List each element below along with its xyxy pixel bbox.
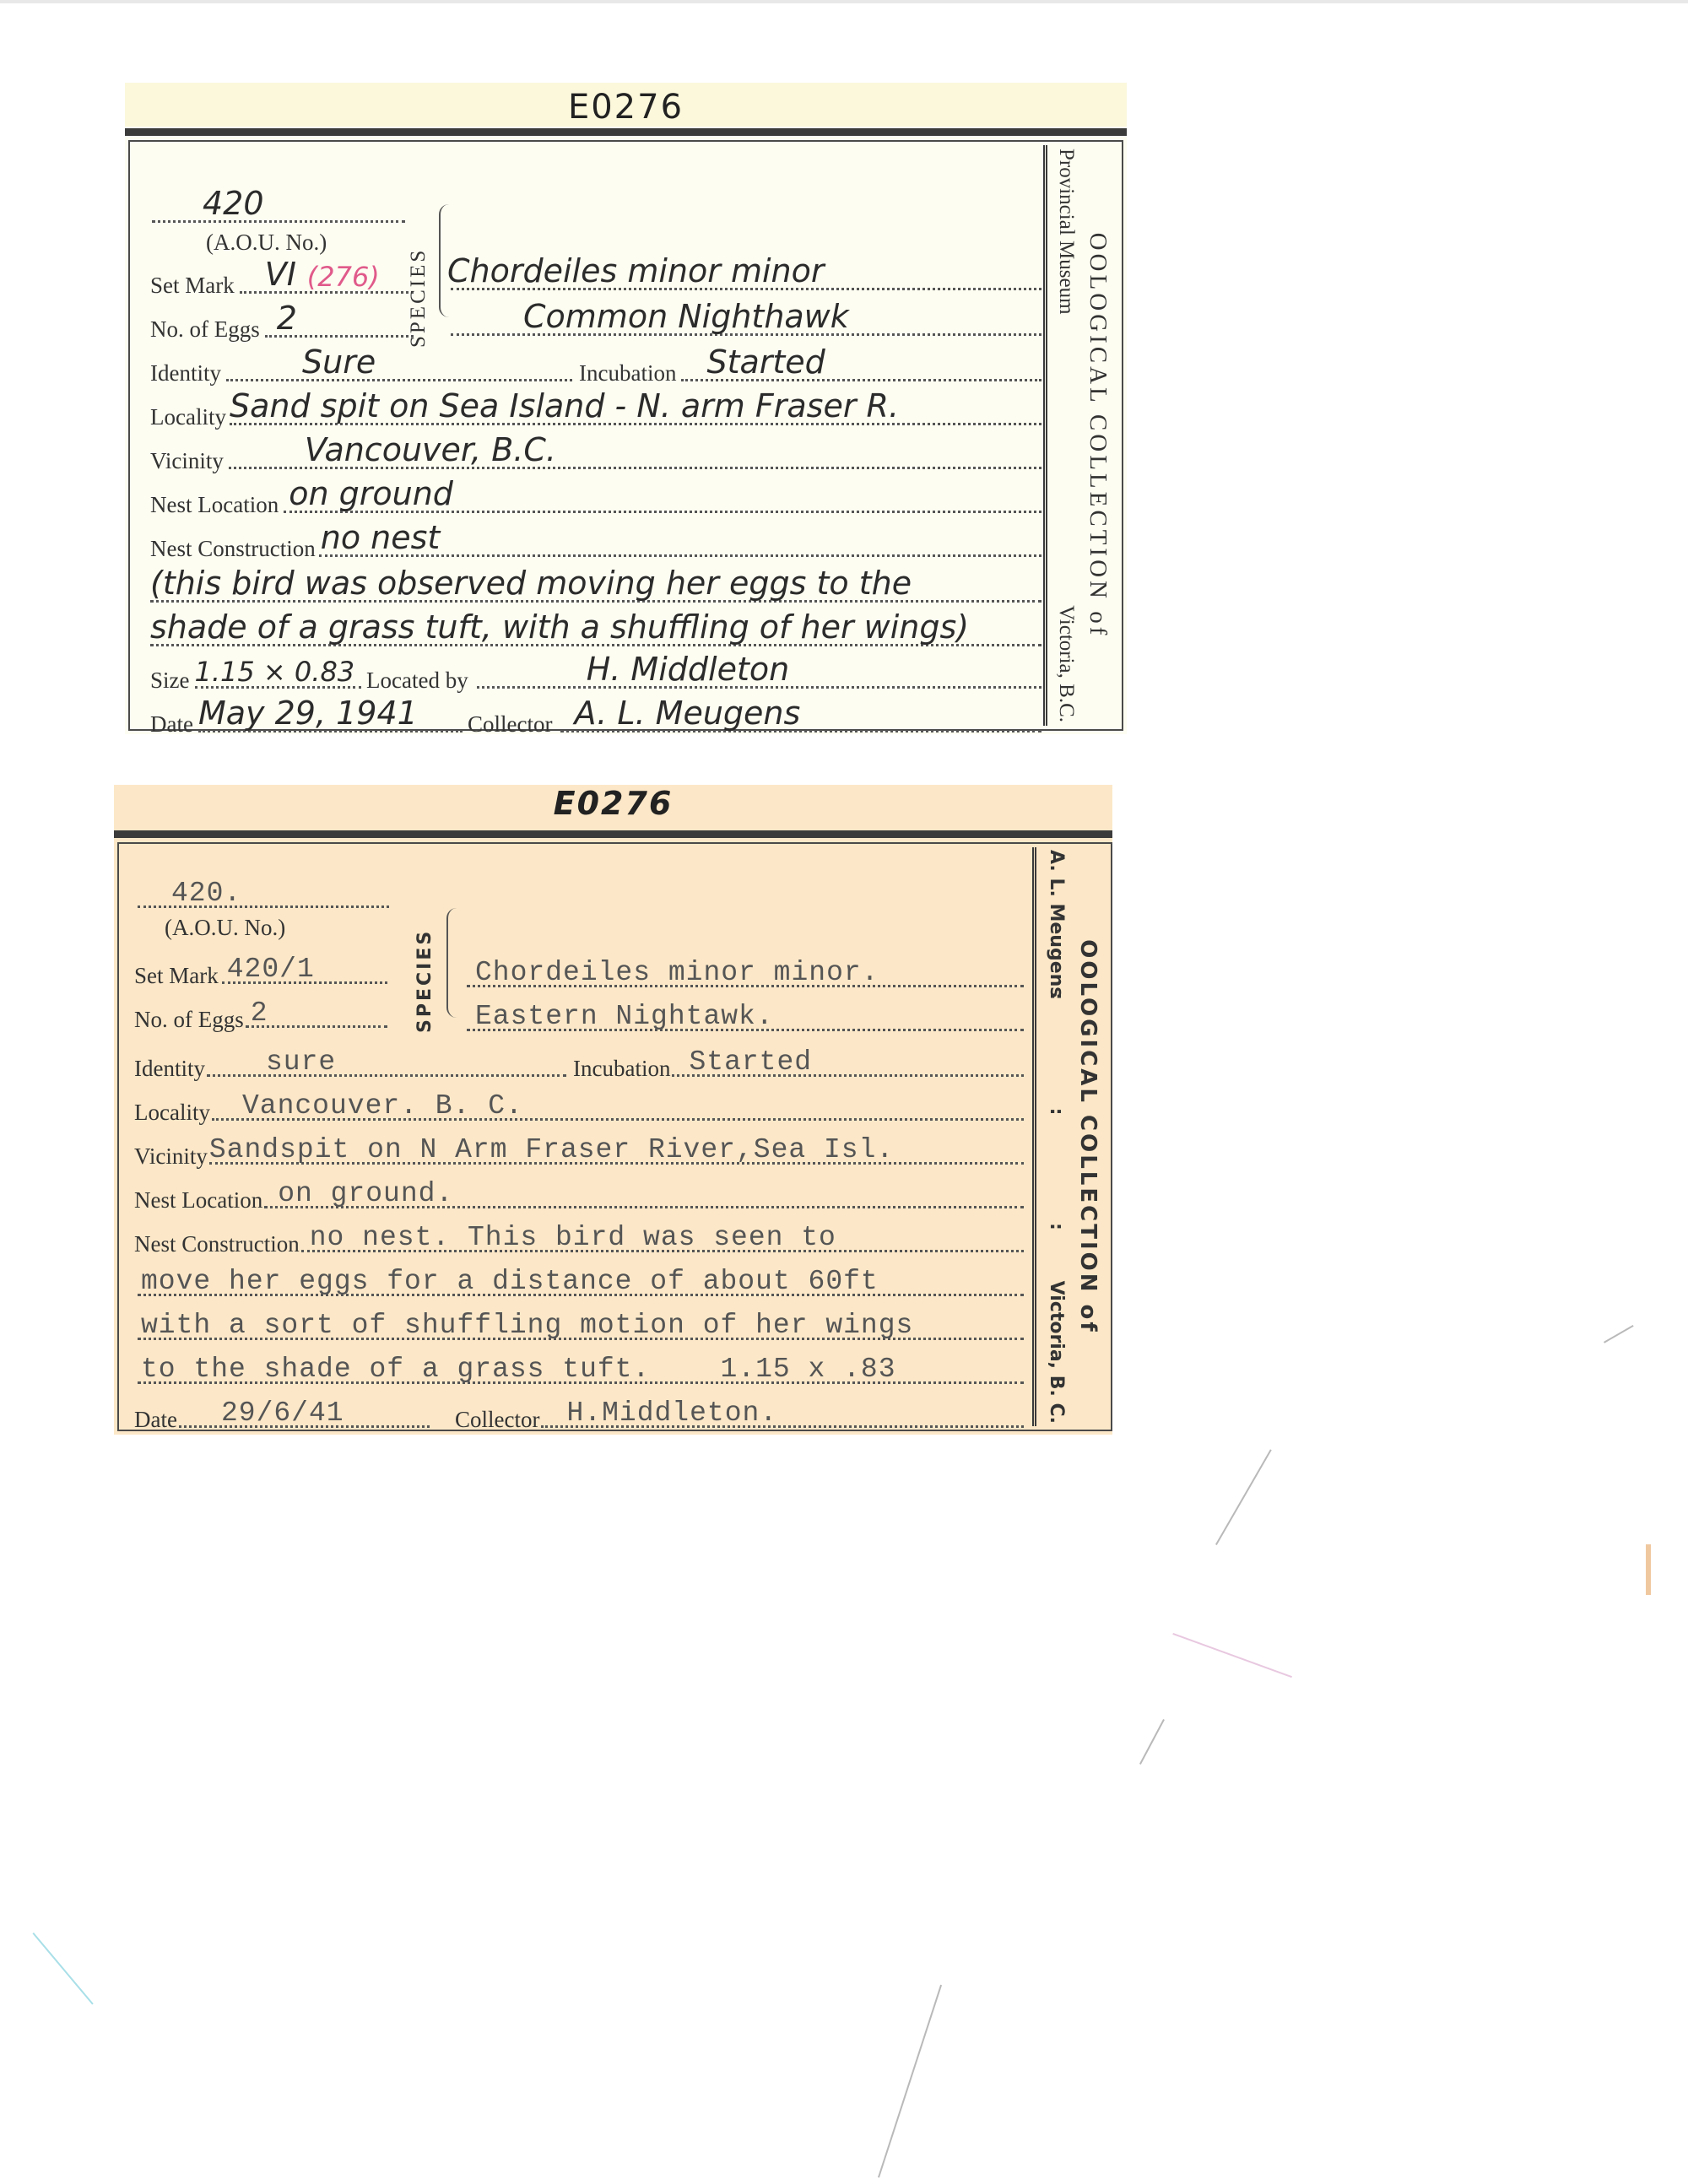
- nest-construction-field: Nest Construction no nest. This bird was…: [134, 1219, 1024, 1256]
- identity-label: Identity: [134, 1057, 205, 1080]
- species-brace: [446, 908, 457, 1018]
- card-frame: 420 (A.O.U. No.) Set Mark VI (276) No. o…: [128, 140, 1123, 731]
- identity-field: Identity Sure: [150, 348, 572, 385]
- nest-location-field: Nest Location on ground.: [134, 1175, 1024, 1212]
- scan-mark: [878, 1985, 942, 2178]
- aou-field: 420.: [138, 878, 389, 911]
- remarks-text-2: with a sort of shuffling motion of her w…: [141, 1310, 913, 1341]
- scan-mark: [1139, 1719, 1165, 1765]
- located-by-value: H. Middleton: [587, 651, 790, 688]
- collector-field: Collector H.Middleton.: [455, 1394, 1024, 1431]
- date-label: Date: [150, 713, 193, 736]
- date-value: May 29, 1941: [198, 695, 418, 732]
- eggs-field: No. of Eggs 2: [134, 994, 387, 1031]
- size-label: Size: [150, 669, 190, 692]
- aou-label: (A.O.U. No.): [206, 230, 327, 256]
- remarks-text-1: (this bird was observed moving her eggs …: [150, 565, 912, 602]
- nest-construction-field: Nest Construction no nest: [150, 523, 1041, 560]
- institution-location: Victoria, B.C.: [1054, 605, 1078, 722]
- set-mark-annotation: (276): [307, 261, 380, 293]
- collection-side-panel: OOLOGICAL COLLECTION of A. L. Meugens : …: [1032, 847, 1111, 1426]
- aou-value: 420.: [171, 878, 241, 909]
- species-common: Eastern Nightawk.: [475, 1001, 774, 1032]
- institution-name: Provincial Museum: [1054, 149, 1078, 315]
- card-frame: 420. (A.O.U. No.) Set Mark 420/1 No. of …: [117, 842, 1112, 1431]
- vicinity-field: Vicinity Sandspit on N Arm Fraser River,…: [134, 1131, 1024, 1168]
- incubation-label: Incubation: [573, 1057, 670, 1080]
- eggs-value: 2: [251, 997, 268, 1029]
- species-common-field: Eastern Nightawk.: [467, 994, 1024, 1035]
- species-label: SPECIES: [414, 929, 436, 1033]
- collection-side-panel: OOLOGICAL COLLECTION of Provincial Museu…: [1043, 145, 1122, 726]
- date-field: Date May 29, 1941: [150, 697, 463, 736]
- nest-construction-value: no nest: [321, 519, 441, 556]
- specimen-card-typed: E0276 420. (A.O.U. No.) Set Mark 420/1 N…: [114, 785, 1112, 1435]
- accession-number: E0276: [125, 88, 1127, 127]
- locality-value: Sand spit on Sea Island - N. arm Fraser …: [230, 387, 899, 424]
- card-header: E0276: [125, 83, 1127, 127]
- locality-label: Locality: [134, 1101, 210, 1124]
- nest-construction-value: no nest. This bird was seen to: [310, 1222, 836, 1253]
- set-mark-field: Set Mark VI (276): [150, 260, 414, 297]
- remarks-line-2: shade of a grass tuft, with a shuffling …: [150, 611, 1041, 650]
- scan-mark: [1172, 1633, 1292, 1678]
- eggs-label: No. of Eggs: [150, 318, 260, 341]
- incubation-field: Incubation Started: [579, 348, 1041, 385]
- species-scientific: Chordeiles minor minor.: [475, 957, 879, 988]
- nest-construction-label: Nest Construction: [150, 538, 316, 560]
- aou-value: 420: [203, 185, 264, 222]
- aou-label: (A.O.U. No.): [165, 915, 285, 941]
- incubation-field: Incubation Started: [573, 1043, 1024, 1080]
- eggs-label: No. of Eggs: [134, 1008, 244, 1031]
- collection-title: OOLOGICAL COLLECTION of: [1075, 850, 1101, 1424]
- scan-mark: [1604, 1325, 1634, 1343]
- vicinity-label: Vicinity: [134, 1145, 208, 1168]
- species-common-field: Common Nighthawk: [451, 299, 1041, 339]
- set-mark-value: VI: [265, 256, 296, 293]
- collector-label: Collector: [455, 1408, 539, 1431]
- located-by-field: Located by H. Middleton: [366, 653, 1041, 692]
- identity-field: Identity sure: [134, 1043, 566, 1080]
- incubation-label: Incubation: [579, 362, 676, 385]
- identity-value: sure: [266, 1046, 336, 1078]
- locality-label: Locality: [150, 406, 226, 429]
- scan-mark: [32, 1933, 93, 2005]
- nest-location-value: on ground.: [278, 1178, 453, 1209]
- remarks-text-2: shade of a grass tuft, with a shuffling …: [150, 608, 969, 646]
- date-label: Date: [134, 1408, 177, 1431]
- remarks-line-1: (this bird was observed moving her eggs …: [150, 567, 1041, 606]
- locality-value: Vancouver. B. C.: [242, 1090, 523, 1122]
- species-label: SPECIES: [407, 248, 430, 348]
- identity-value: Sure: [302, 343, 376, 381]
- collector-value: A. L. Meugens: [574, 695, 800, 732]
- collection-location: Victoria, B. C.: [1046, 1281, 1067, 1424]
- size-value: 1.15 × 0.83: [195, 656, 355, 688]
- vicinity-field: Vicinity Vancouver, B.C.: [150, 435, 1041, 473]
- scan-mark: [1215, 1449, 1272, 1545]
- aou-field: 420: [152, 192, 405, 226]
- scan-mark: [1646, 1544, 1651, 1595]
- date-value: 29/6/41: [221, 1397, 344, 1429]
- remarks-text-1: move her eggs for a distance of about 60…: [141, 1266, 879, 1297]
- size-field: Size 1.15 × 0.83: [150, 653, 361, 692]
- remarks-line-1: move her eggs for a distance of about 60…: [138, 1262, 1024, 1300]
- set-mark-value: 420/1: [227, 954, 315, 985]
- eggs-field: No. of Eggs 2: [150, 304, 414, 341]
- incubation-value: Started: [706, 343, 825, 381]
- vicinity-value: Vancouver, B.C.: [305, 431, 556, 468]
- incubation-value: Started: [689, 1046, 812, 1078]
- accession-number: E0276: [114, 785, 1112, 822]
- set-mark-label: Set Mark: [134, 965, 219, 987]
- located-by-label: Located by: [366, 669, 468, 692]
- species-common: Common Nighthawk: [523, 298, 849, 335]
- remarks-line-3: to the shade of a grass tuft. 1.15 x .83: [138, 1350, 1024, 1387]
- nest-location-value: on ground: [289, 475, 453, 512]
- species-scientific: Chordeiles minor minor: [447, 252, 825, 289]
- vicinity-label: Vicinity: [150, 450, 224, 473]
- locality-field: Locality Vancouver. B. C.: [134, 1087, 1024, 1124]
- scan-edge: [0, 0, 1688, 3]
- identity-label: Identity: [150, 362, 221, 385]
- set-mark-field: Set Mark 420/1: [134, 950, 387, 987]
- locality-field: Locality Sand spit on Sea Island - N. ar…: [150, 392, 1041, 429]
- collector-value: H.Middleton.: [566, 1397, 777, 1429]
- nest-location-field: Nest Location on ground: [150, 479, 1041, 516]
- vicinity-value: Sandspit on N Arm Fraser River,Sea Isl.: [209, 1134, 894, 1165]
- date-field: Date 29/6/41: [134, 1394, 430, 1431]
- nest-location-label: Nest Location: [150, 494, 279, 516]
- species-scientific-field: Chordeiles minor minor: [451, 253, 1041, 294]
- species-scientific-field: Chordeiles minor minor.: [467, 950, 1024, 991]
- eggs-value: 2: [277, 300, 297, 337]
- collection-title: OOLOGICAL COLLECTION of: [1084, 149, 1112, 722]
- set-mark-label: Set Mark: [150, 274, 235, 297]
- remarks-text-3: to the shade of a grass tuft. 1.15 x .83: [141, 1354, 896, 1385]
- header-rule: [114, 830, 1112, 838]
- collector-field: Collector A. L. Meugens: [468, 697, 1041, 736]
- remarks-line-2: with a sort of shuffling motion of her w…: [138, 1306, 1024, 1343]
- card-header: E0276: [114, 785, 1112, 829]
- header-rule: [125, 128, 1127, 136]
- specimen-card-original: E0276 420 (A.O.U. No.) Set Mark VI (276)…: [125, 83, 1127, 734]
- collector-label: Collector: [468, 713, 552, 736]
- nest-construction-label: Nest Construction: [134, 1233, 300, 1256]
- nest-location-label: Nest Location: [134, 1189, 262, 1212]
